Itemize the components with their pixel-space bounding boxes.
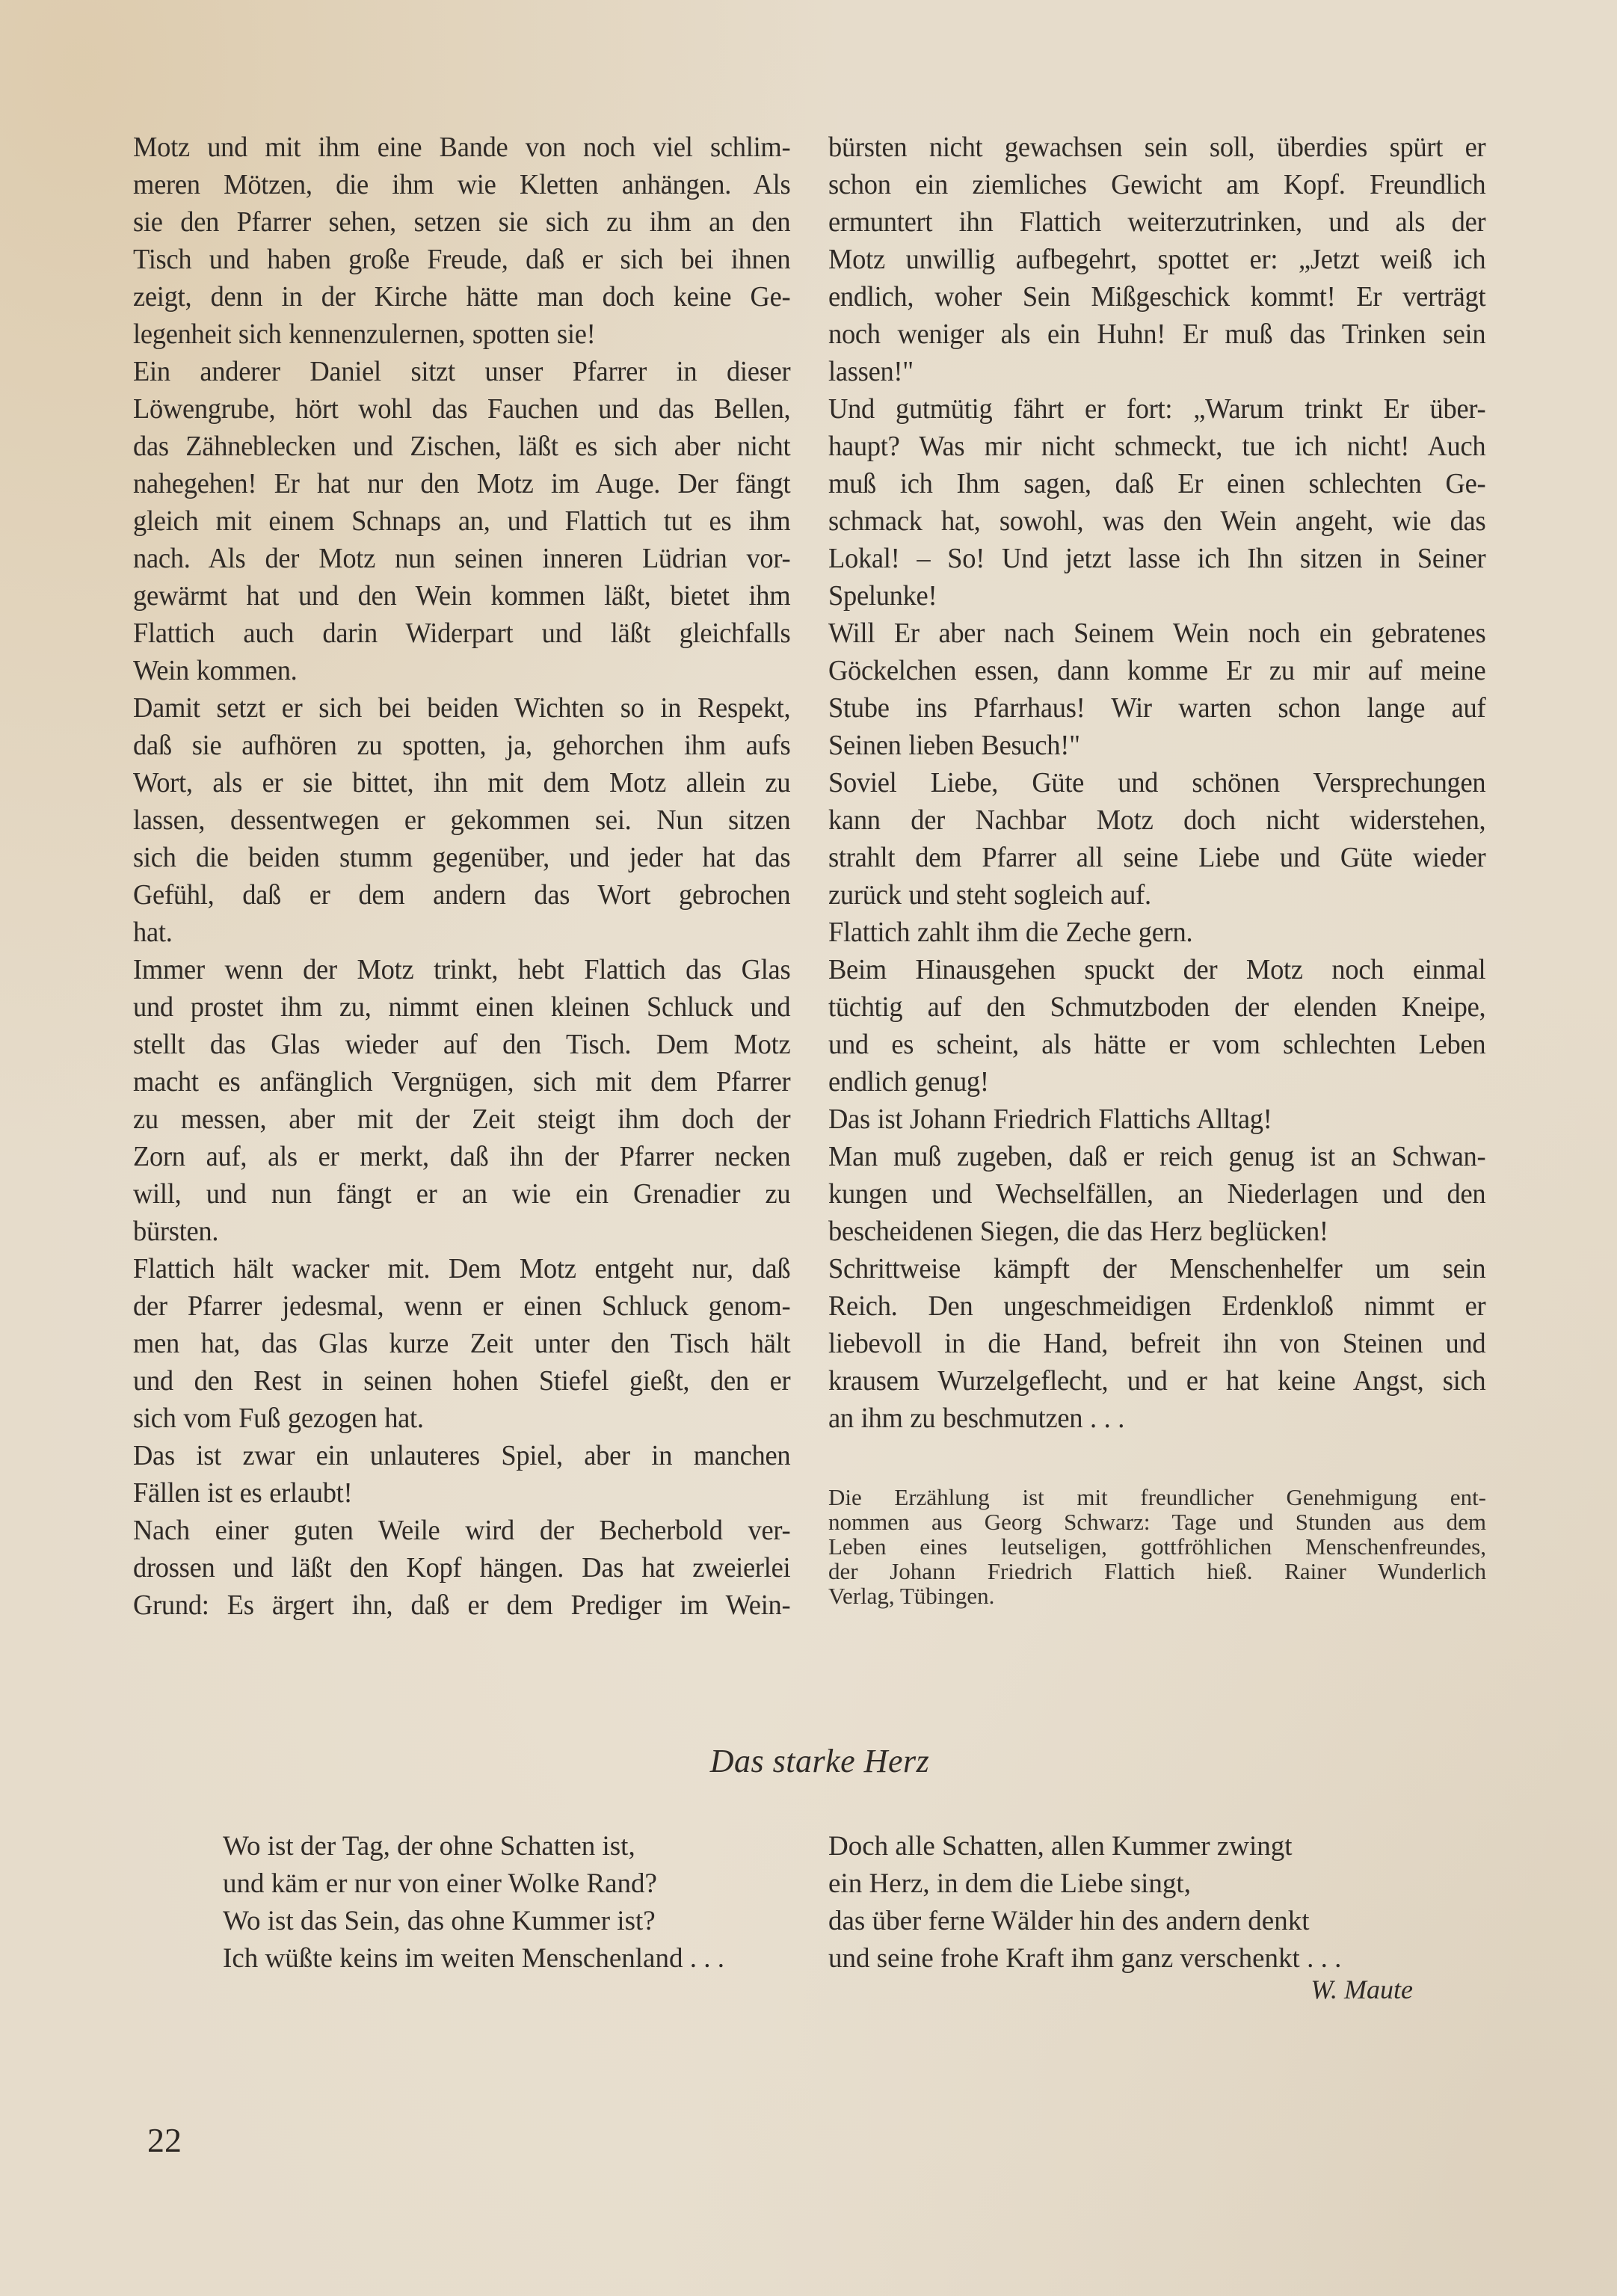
text-line: macht es anfänglich Vergnügen, sich mit … — [133, 1063, 790, 1101]
source-credit-note: Die Erzählung ist mit freundlicher Geneh… — [828, 1485, 1486, 1608]
text-line: daß sie aufhören zu spotten, ja, gehorch… — [133, 727, 790, 764]
article-paragraph: Man muß zugeben, daß er reich genug ist … — [828, 1138, 1485, 1250]
poem-title-text: Das starke Herz — [710, 1742, 929, 1780]
article-paragraph: Beim Hinausgehen spuckt der Motz noch ei… — [828, 951, 1485, 1101]
text-line: nach. Als der Motz nun seinen inneren Lü… — [133, 540, 790, 577]
poem-title: Das starke Herz — [0, 1742, 1617, 1780]
text-line: Wein kommen. — [133, 652, 790, 689]
text-line: sich die beiden stumm gegenüber, und jed… — [133, 839, 790, 876]
text-line: Man muß zugeben, daß er reich genug ist … — [828, 1138, 1485, 1175]
text-line: das Zähneblecken und Zischen, läßt es si… — [133, 428, 790, 465]
text-line: Flattich hält wacker mit. Dem Motz entge… — [133, 1250, 790, 1287]
text-line: Fällen ist es erlaubt! — [133, 1474, 790, 1512]
text-line: stellt das Glas wieder auf den Tisch. De… — [133, 1026, 790, 1063]
poem-verse: und käm er nur von einer Wolke Rand? — [223, 1865, 724, 1903]
text-line: Stube ins Pfarrhaus! Wir warten schon la… — [828, 689, 1485, 727]
poem-verse: das über ferne Wälder hin des andern den… — [828, 1903, 1341, 1940]
text-line: strahlt dem Pfarrer all seine Liebe und … — [828, 839, 1485, 876]
text-line: schmack hat, sowohl, was den Wein angeht… — [828, 502, 1485, 540]
text-line: und den Rest in seinen hohen Stiefel gie… — [133, 1362, 790, 1400]
text-line: Will Er aber nach Seinem Wein noch ein g… — [828, 615, 1485, 652]
text-line: hat. — [133, 914, 790, 951]
text-line: Flattich auch darin Widerpart und läßt g… — [133, 615, 790, 652]
credit-line: Leben eines leutseligen, gottfröhlichen … — [828, 1534, 1486, 1559]
text-line: liebevoll in die Hand, befreit ihn von S… — [828, 1325, 1485, 1362]
text-line: Ein anderer Daniel sitzt unser Pfarrer i… — [133, 353, 790, 390]
text-line: Löwengrube, hört wohl das Fauchen und da… — [133, 390, 790, 428]
text-line: krausem Wurzelgeflecht, und er hat keine… — [828, 1362, 1485, 1400]
article-paragraph: Das ist zwar ein unlauteres Spiel, aber … — [133, 1437, 790, 1512]
text-line: noch weniger als ein Huhn! Er muß das Tr… — [828, 316, 1485, 353]
text-line: gleich mit einem Schnaps an, und Flattic… — [133, 502, 790, 540]
text-line: endlich genug! — [828, 1063, 1485, 1101]
text-line: Motz unwillig aufbegehrt, spottet er: „J… — [828, 241, 1485, 278]
text-line: Spelunke! — [828, 577, 1485, 615]
article-paragraph: Will Er aber nach Seinem Wein noch ein g… — [828, 615, 1485, 764]
credit-line: nommen aus Georg Schwarz: Tage und Stund… — [828, 1509, 1486, 1534]
poem-verse: Ich wüßte keins im weiten Menschenland .… — [223, 1940, 724, 1978]
text-line: Lokal! – So! Und jetzt lasse ich Ihn sit… — [828, 540, 1485, 577]
text-line: legenheit sich kennenzulernen, spotten s… — [133, 316, 790, 353]
text-line: tüchtig auf den Schmutzboden der elenden… — [828, 988, 1485, 1026]
text-line: Damit setzt er sich bei beiden Wichten s… — [133, 689, 790, 727]
credit-line: der Johann Friedrich Flattich hieß. Rain… — [828, 1559, 1486, 1583]
text-line: lassen, dessentwegen er gekommen sei. Nu… — [133, 801, 790, 839]
text-line: Schrittweise kämpft der Menschenhelfer u… — [828, 1250, 1485, 1287]
text-line: endlich, woher Sein Mißgeschick kommt! E… — [828, 278, 1485, 316]
text-line: Nach einer guten Weile wird der Becherbo… — [133, 1512, 790, 1549]
text-line: Reich. Den ungeschmeidigen Erdenkloß nim… — [828, 1287, 1485, 1325]
text-line: nahegehen! Er hat nur den Motz im Auge. … — [133, 465, 790, 502]
article-paragraph: Flattich zahlt ihm die Zeche gern. — [828, 914, 1485, 951]
text-line: Göckelchen essen, dann komme Er zu mir a… — [828, 652, 1485, 689]
article-paragraph: Schrittweise kämpft der Menschenhelfer u… — [828, 1250, 1485, 1437]
poem-verse: ein Herz, in dem die Liebe singt, — [828, 1865, 1341, 1903]
poem-stanza-left: Wo ist der Tag, der ohne Schatten ist, u… — [223, 1828, 724, 1978]
text-line: men hat, das Glas kurze Zeit unter den T… — [133, 1325, 790, 1362]
text-line: bürsten. — [133, 1213, 790, 1250]
text-line: drossen und läßt den Kopf hängen. Das ha… — [133, 1549, 790, 1586]
page-number: 22 — [147, 2120, 182, 2160]
poem-verse: Wo ist das Sein, das ohne Kummer ist? — [223, 1903, 724, 1940]
poem-stanza-right: Doch alle Schatten, allen Kummer zwingt … — [828, 1828, 1341, 1978]
text-line: schon ein ziemliches Gewicht am Kopf. Fr… — [828, 166, 1485, 203]
credit-line: Die Erzählung ist mit freundlicher Geneh… — [828, 1485, 1486, 1509]
article-paragraph: Ein anderer Daniel sitzt unser Pfarrer i… — [133, 353, 790, 689]
text-line: Beim Hinausgehen spuckt der Motz noch ei… — [828, 951, 1485, 988]
text-line: und prostet ihm zu, nimmt einen kleinen … — [133, 988, 790, 1026]
text-line: Wort, als er sie bittet, ihn mit dem Mot… — [133, 764, 790, 801]
article-paragraph: Nach einer guten Weile wird der Becherbo… — [133, 1512, 790, 1624]
text-line: Grund: Es ärgert ihn, daß er dem Predige… — [133, 1586, 790, 1624]
article-paragraph: Und gutmütig fährt er fort: „Warum trink… — [828, 390, 1485, 615]
poem-verse: und seine frohe Kraft ihm ganz verschenk… — [828, 1940, 1341, 1978]
text-line: kann der Nachbar Motz doch nicht widerst… — [828, 801, 1485, 839]
text-line: Soviel Liebe, Güte und schönen Versprech… — [828, 764, 1485, 801]
article-paragraph: Motz und mit ihm eine Bande von noch vie… — [133, 129, 790, 353]
text-line: sich vom Fuß gezogen hat. — [133, 1400, 790, 1437]
text-line: zeigt, denn in der Kirche hätte man doch… — [133, 278, 790, 316]
text-line: zu messen, aber mit der Zeit steigt ihm … — [133, 1101, 790, 1138]
text-line: Immer wenn der Motz trinkt, hebt Flattic… — [133, 951, 790, 988]
article-paragraph: bürsten nicht gewachsen sein soll, überd… — [828, 129, 1485, 390]
article-paragraph: Soviel Liebe, Güte und schönen Versprech… — [828, 764, 1485, 914]
text-line: Und gutmütig fährt er fort: „Warum trink… — [828, 390, 1485, 428]
poem-verse: Doch alle Schatten, allen Kummer zwingt — [828, 1828, 1341, 1865]
text-line: bescheidenen Siegen, die das Herz beglüc… — [828, 1213, 1485, 1250]
article-paragraph: Das ist Johann Friedrich Flattichs Allta… — [828, 1101, 1485, 1138]
text-line: Das ist zwar ein unlauteres Spiel, aber … — [133, 1437, 790, 1474]
article-column-left: Motz und mit ihm eine Bande von noch vie… — [133, 129, 791, 1624]
article-column-right: bürsten nicht gewachsen sein soll, überd… — [828, 129, 1486, 1437]
text-line: muß ich Ihm sagen, daß Er einen schlecht… — [828, 465, 1485, 502]
article-paragraph: Damit setzt er sich bei beiden Wichten s… — [133, 689, 790, 951]
text-line: haupt? Was mir nicht schmeckt, tue ich n… — [828, 428, 1485, 465]
text-line: ermuntert ihn Flattich weiterzutrinken, … — [828, 203, 1485, 241]
poem-verse: Wo ist der Tag, der ohne Schatten ist, — [223, 1828, 724, 1865]
text-line: gewärmt hat und den Wein kommen läßt, bi… — [133, 577, 790, 615]
text-line: Gefühl, daß er dem andern das Wort gebro… — [133, 876, 790, 914]
text-line: Motz und mit ihm eine Bande von noch vie… — [133, 129, 790, 166]
text-line: Zorn auf, als er merkt, daß ihn der Pfar… — [133, 1138, 790, 1175]
poem-author: W. Maute — [1271, 1974, 1413, 2005]
text-line: kungen und Wechselfällen, an Niederlagen… — [828, 1175, 1485, 1213]
text-line: lassen!" — [828, 353, 1485, 390]
text-line: will, und nun fängt er an wie ein Grenad… — [133, 1175, 790, 1213]
text-line: Seinen lieben Besuch!" — [828, 727, 1485, 764]
text-line: meren Mötzen, die ihm wie Kletten anhäng… — [133, 166, 790, 203]
text-line: an ihm zu beschmutzen . . . — [828, 1400, 1485, 1437]
text-line: Das ist Johann Friedrich Flattichs Allta… — [828, 1101, 1485, 1138]
magazine-page: Motz und mit ihm eine Bande von noch vie… — [0, 0, 1617, 2296]
text-line: Flattich zahlt ihm die Zeche gern. — [828, 914, 1485, 951]
article-paragraph: Flattich hält wacker mit. Dem Motz entge… — [133, 1250, 790, 1437]
text-line: sie den Pfarrer sehen, setzen sie sich z… — [133, 203, 790, 241]
article-paragraph: Immer wenn der Motz trinkt, hebt Flattic… — [133, 951, 790, 1250]
text-line: zurück und steht sogleich auf. — [828, 876, 1485, 914]
credit-line: Verlag, Tübingen. — [828, 1583, 1486, 1608]
text-line: Tisch und haben große Freude, daß er sic… — [133, 241, 790, 278]
text-line: bürsten nicht gewachsen sein soll, überd… — [828, 129, 1485, 166]
text-line: und es scheint, als hätte er vom schlech… — [828, 1026, 1485, 1063]
text-line: der Pfarrer jedesmal, wenn er einen Schl… — [133, 1287, 790, 1325]
